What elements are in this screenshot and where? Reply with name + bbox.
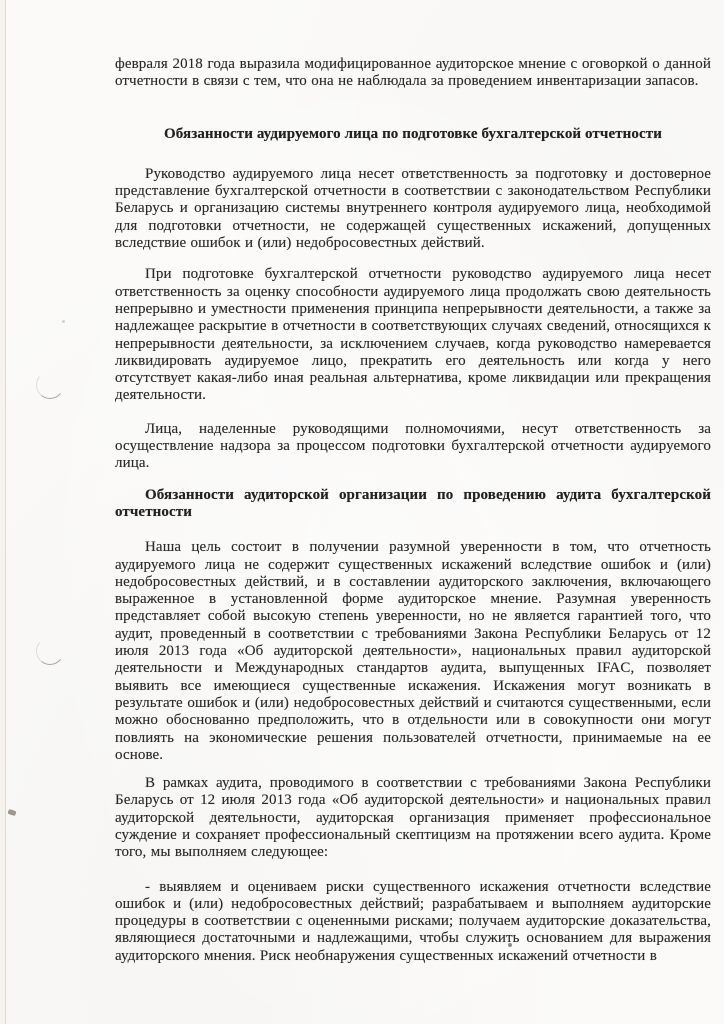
continuation-paragraph: февраля 2018 года выразила модифицирован… <box>115 56 711 91</box>
scan-speck <box>62 320 65 323</box>
punch-hole-mark-top <box>35 370 66 401</box>
scan-speck <box>7 809 16 816</box>
paragraph-management-responsibility: Руководство аудируемого лица несет ответ… <box>115 166 711 252</box>
heading-auditor-responsibilities: Обязанности аудиторской организации по п… <box>115 487 711 522</box>
paragraph-going-concern: При подготовке бухгалтерской отчетности … <box>115 266 711 404</box>
document-content: февраля 2018 года выразила модифицирован… <box>115 56 711 965</box>
paragraph-professional-judgement: В рамках аудита, проводимого в соответст… <box>115 775 711 861</box>
paragraph-risk-assessment-bullet: - выявляем и оцениваем риски существенно… <box>115 879 711 965</box>
heading-auditee-responsibilities: Обязанности аудируемого лица по подготов… <box>115 126 711 143</box>
scanned-document-page: февраля 2018 года выразила модифицирован… <box>0 0 724 1024</box>
punch-hole-mark-bottom <box>35 636 66 667</box>
paragraph-audit-objective: Наша цель состоит в получении разумной у… <box>115 539 711 764</box>
paragraph-governance-oversight: Лица, наделенные руководящими полномочия… <box>115 421 711 473</box>
scan-edge-line <box>5 0 6 1024</box>
